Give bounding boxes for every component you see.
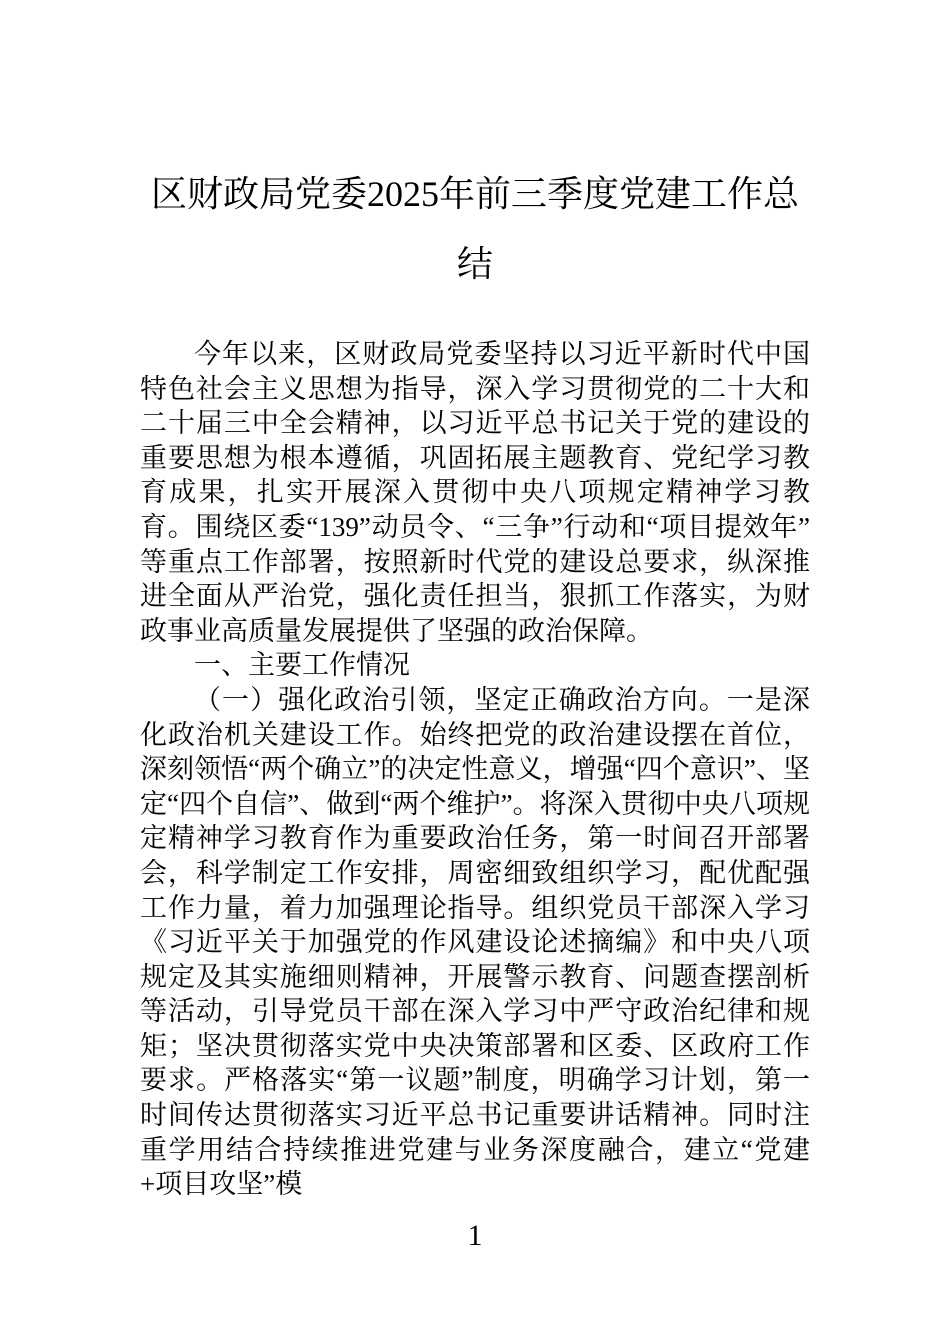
section-heading-main-work: 一、主要工作情况 bbox=[140, 648, 810, 683]
page-number: 1 bbox=[468, 1219, 483, 1252]
paragraph-section-one: （一）强化政治引领，坚定正确政治方向。一是深化政治机关建设工作。始终把党的政治建… bbox=[140, 683, 810, 1202]
document-page: 区财政局党委2025年前三季度党建工作总结 今年以来，区财政局党委坚持以习近平新… bbox=[0, 0, 950, 1344]
paragraph-intro: 今年以来，区财政局党委坚持以习近平新时代中国特色社会主义思想为指导，深入学习贯彻… bbox=[140, 337, 810, 648]
page-footer: 1 bbox=[0, 1220, 950, 1252]
document-title: 区财政局党委2025年前三季度党建工作总结 bbox=[149, 159, 801, 299]
document-body: 今年以来，区财政局党委坚持以习近平新时代中国特色社会主义思想为指导，深入学习贯彻… bbox=[140, 337, 810, 1202]
